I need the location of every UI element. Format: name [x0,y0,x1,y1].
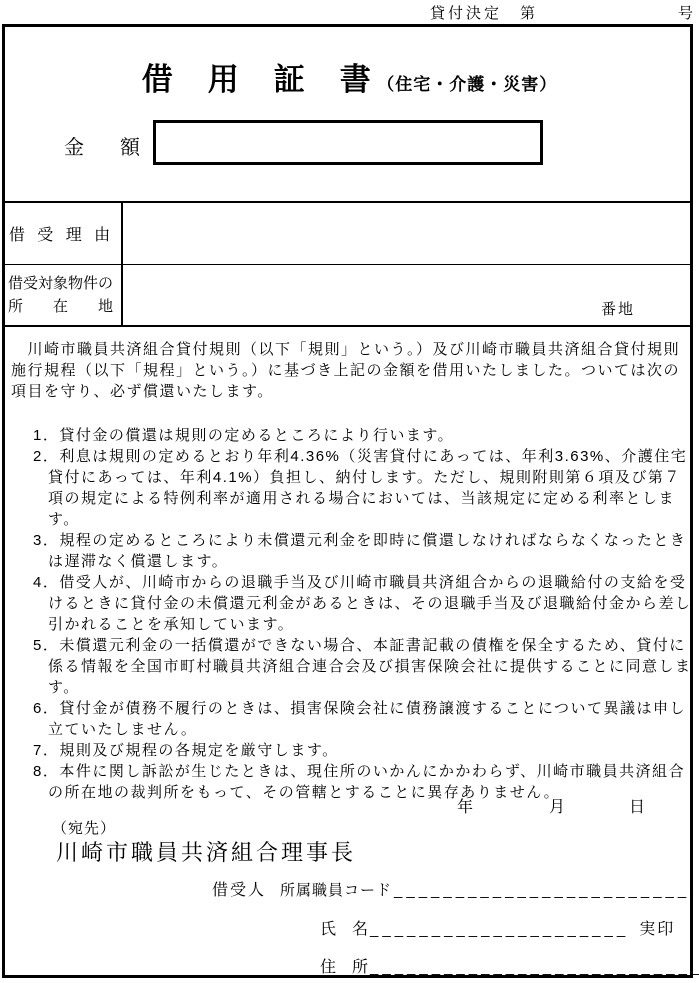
term-number: 4． [33,574,59,591]
amount-label: 金 額 [64,131,148,160]
term-item-3: 3．規程の定めるところにより未償還元利金を即時に償還しなければならなくなったとき… [12,530,692,572]
term-text: 規程の定めるところにより未償還元利金を即時に償還しなければならなくなったときは遅… [48,532,686,570]
banchi-suffix: 番地 [601,298,635,319]
term-item-4: 4．借受人が、川崎市からの退職手当及び川崎市職員共済組合からの退職給付の支給を受… [12,572,692,635]
term-number: 5． [33,637,59,654]
document-title: 借 用 証 書 （住宅・介護・災害） [0,54,699,99]
term-number: 1． [33,427,59,444]
term-text: 貸付金が債務不履行のときは、損害保険会社に債務譲渡することについて異議は申し立て… [48,700,686,738]
table-row-property-location: 借受対象物件の 所 在 地 番地 [2,264,693,327]
staff-code-label: 所属職員コード [280,882,392,899]
reason-label-cell: 借 受 理 由 [2,203,123,264]
term-item-6: 6．貸付金が債務不履行のときは、損害保険会社に債務譲渡することについて異議は申し… [12,698,692,740]
term-item-5: 5．未償還元利金の一括償還ができない場合、本証書記載の債権を保全するため、貸付に… [12,635,692,698]
property-label-cell: 借受対象物件の 所 在 地 [2,265,123,325]
decision-number-suffix: 号 [678,2,693,23]
terms-list: 1．貸付金の償還は規則の定めるところにより行います。 2．利息は規則の定めるとお… [12,425,692,803]
term-item-7: 7．規則及び規程の各規定を厳守します。 [12,740,692,761]
staff-code-blank-field[interactable]: ________________________. [394,882,698,899]
intro-paragraph: 川崎市職員共済組合貸付規則（以下「規則」という。）及び川崎市職員共済組合貸付規則… [11,339,690,402]
reason-label: 借 受 理 由 [8,222,115,245]
name-blank-field[interactable]: _____________________ [370,921,629,938]
date-month-label: 月 [549,794,565,817]
signature-row-staff-code: 借受人所属職員コード________________________. [212,877,698,900]
term-item-8: 8．本件に関し訴訟が生じたときは、現住所のいかんにかかわらず、川崎市職員共済組合… [12,761,692,803]
term-number: 7． [33,742,59,759]
amount-value[interactable] [156,123,540,162]
amount-input-box[interactable] [153,120,543,165]
term-text: 規則及び規程の各規定を厳守します。 [59,742,338,759]
term-number: 2． [33,448,59,465]
term-number: 3． [33,532,59,549]
title-main: 借 用 証 書 [142,62,373,97]
property-label-line1: 借受対象物件の [8,272,115,295]
property-label-line2: 所 在 地 [8,295,115,318]
addressee-name: 川崎市職員共済組合理事長 [56,836,356,867]
registered-seal-label: 実印 [639,921,675,938]
term-text: 未償還元利金の一括償還ができない場合、本証書記載の債権を保全するため、貸付に係る… [48,637,692,696]
term-text: 利息は規則の定めるとおり年利4.36%（災害貸付にあっては、年利3.63%、介護… [48,448,687,528]
property-value-cell[interactable]: 番地 [123,265,693,325]
address-blank-field[interactable]: ___________________________ [370,959,699,976]
addressee-prefix: （宛先） [52,817,116,838]
term-item-2: 2．利息は規則の定めるとおり年利4.36%（災害貸付にあっては、年利3.63%、… [12,446,692,530]
borrower-label: 借受人 [212,882,266,899]
term-text: 本件に関し訴訟が生じたときは、現住所のいかんにかかわらず、川崎市職員共済組合の所… [48,763,685,801]
reason-value-cell[interactable] [123,203,693,264]
term-number: 8． [33,763,59,780]
term-number: 6． [33,700,59,717]
table-row-reason: 借 受 理 由 [2,201,693,264]
signature-row-name: 氏 名_____________________実印 [320,916,675,939]
loan-decision-label: 貸付決定 第 [430,2,538,23]
title-loan-types: （住宅・介護・災害） [377,75,557,94]
signature-row-address: 住 所___________________________ [320,954,699,977]
term-text: 貸付金の償還は規則の定めるところにより行います。 [59,427,454,444]
info-table: 借 受 理 由 借受対象物件の 所 在 地 番地 [2,201,693,327]
term-item-1: 1．貸付金の償還は規則の定めるところにより行います。 [12,425,692,446]
date-day-label: 日 [629,794,645,817]
name-label: 氏 名 [320,921,368,938]
loan-certificate-page: 貸付決定 第 号 借 用 証 書 （住宅・介護・災害） 金 額 借 受 理 由 … [0,0,699,983]
term-text: 借受人が、川崎市からの退職手当及び川崎市職員共済組合からの退職給付の支給を受ける… [48,574,692,633]
date-year-label: 年 [457,794,473,817]
address-label: 住 所 [320,959,368,976]
